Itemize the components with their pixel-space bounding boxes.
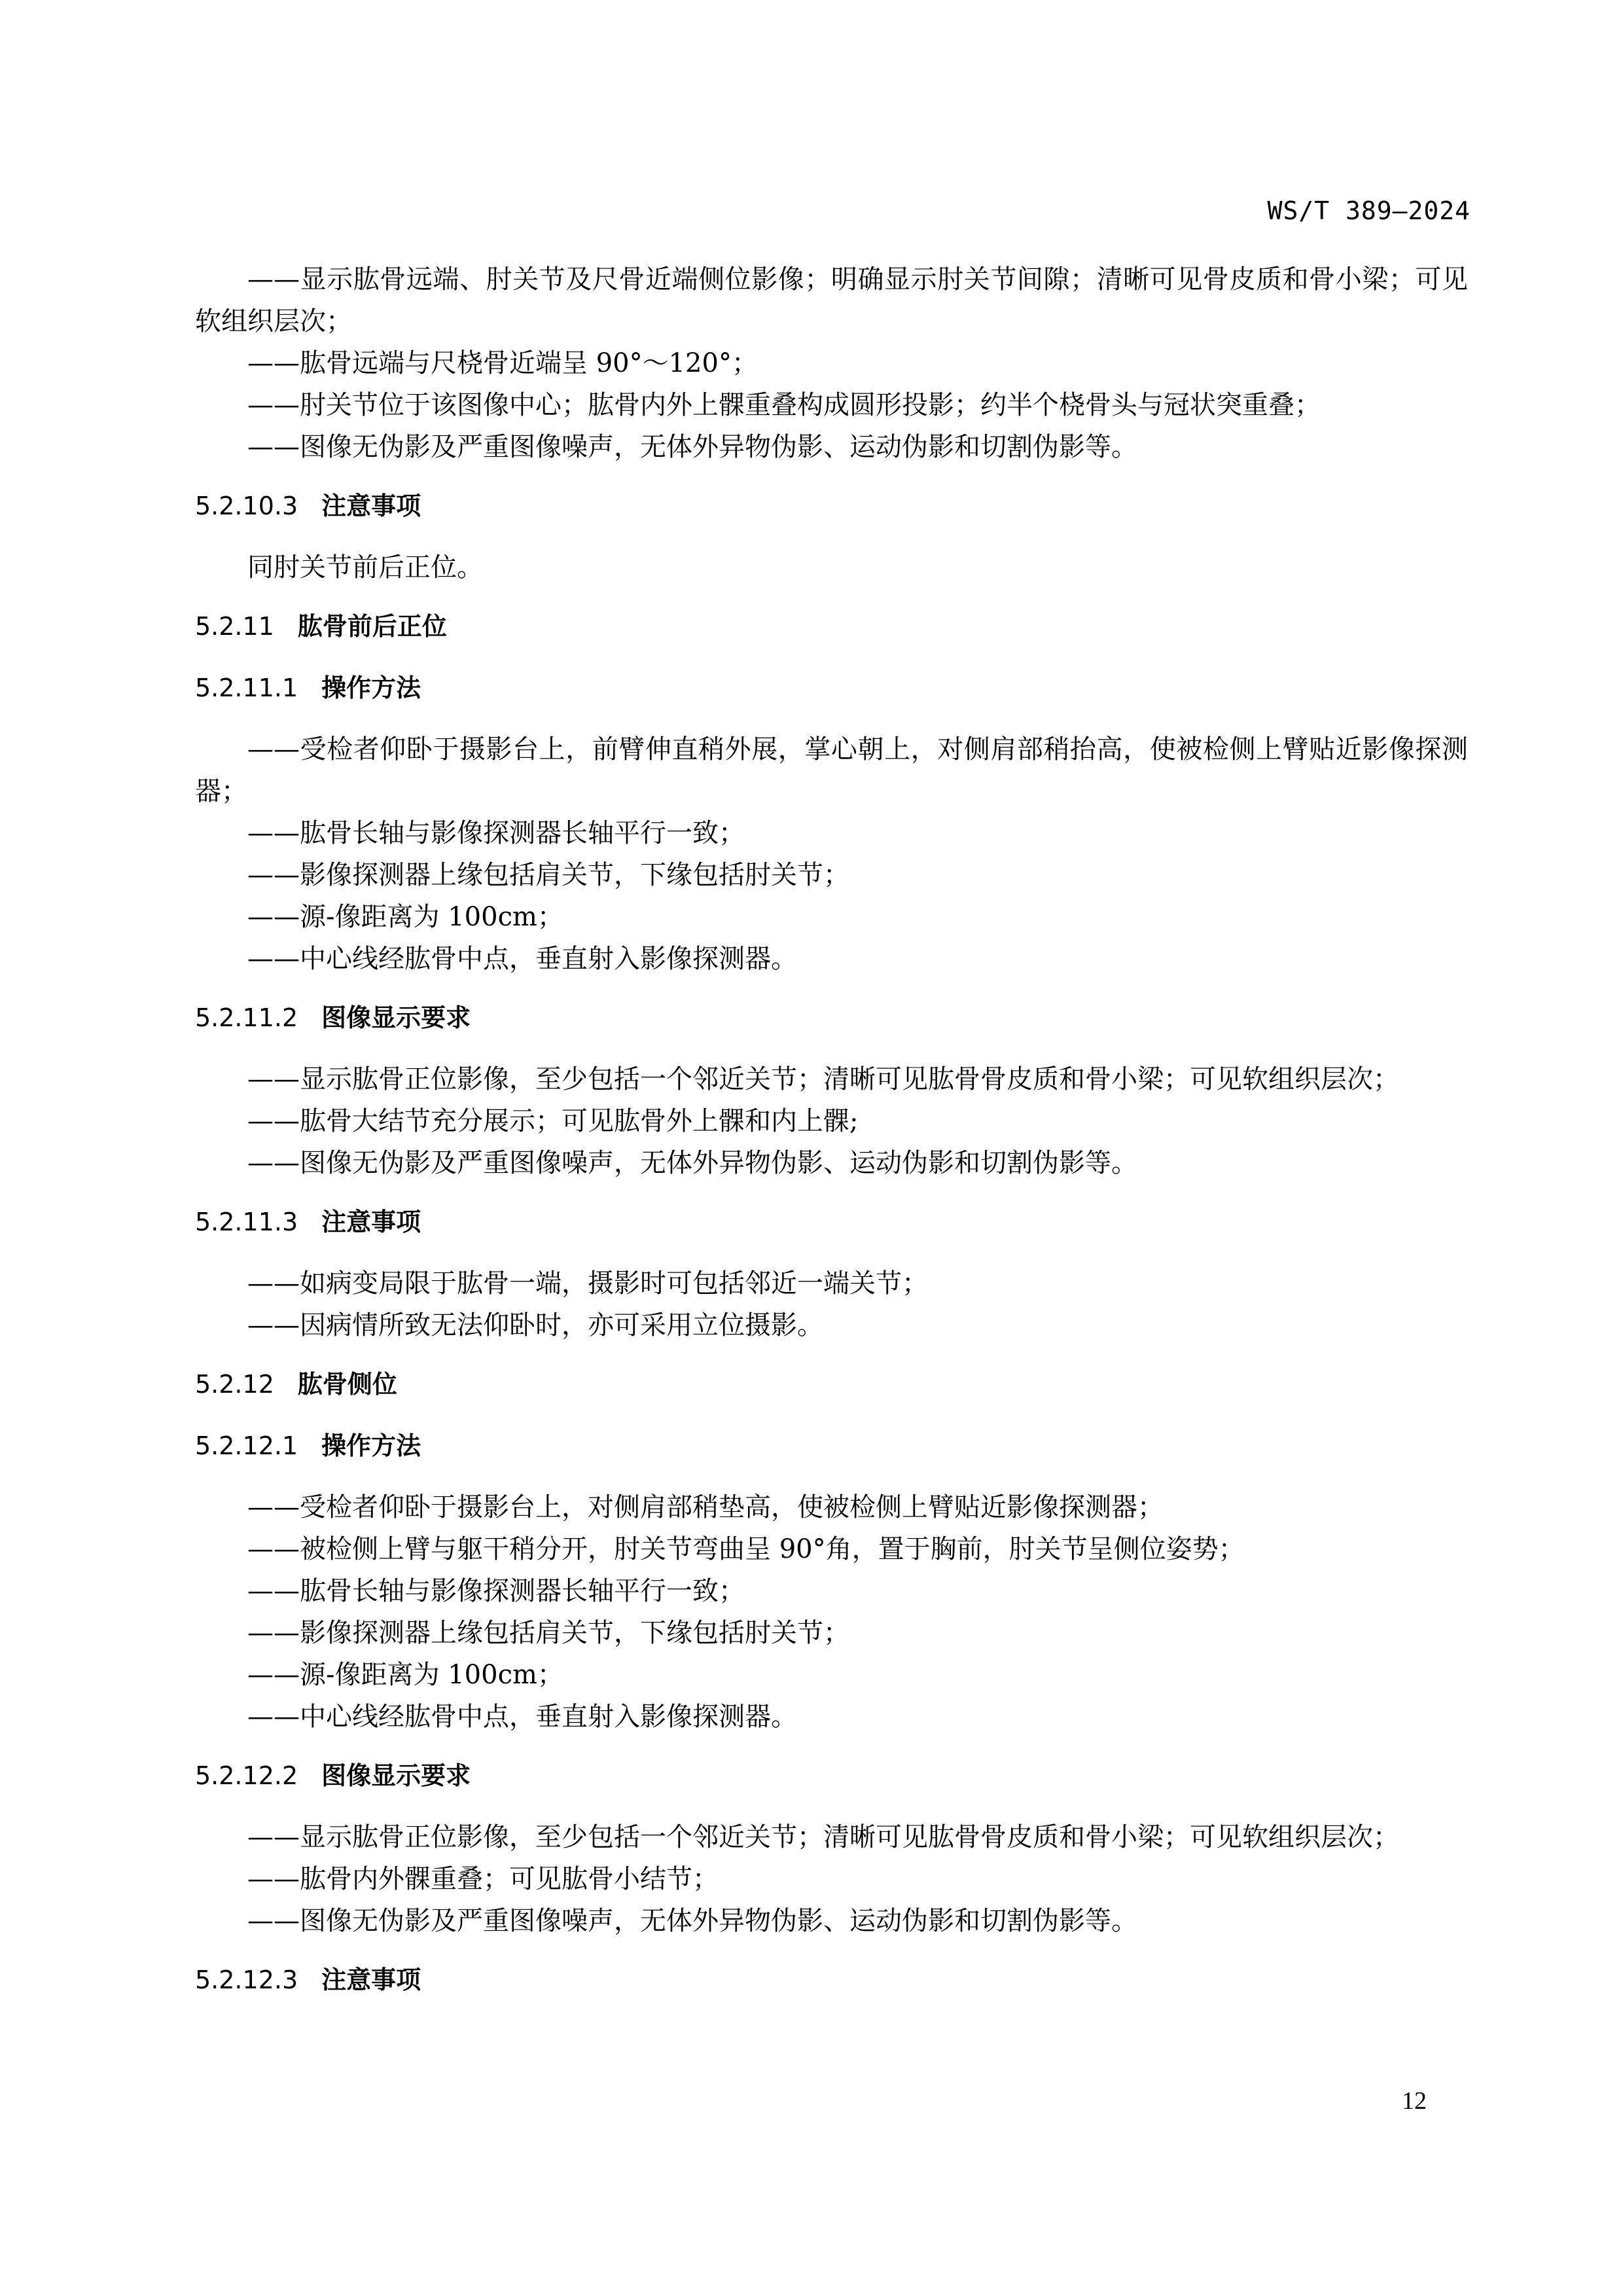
image-requirements-list-5-2-12-2: ——显示肱骨正位影像，至少包括一个邻近关节；清晰可见肱骨骨皮质和骨小梁；可见软组… xyxy=(195,1816,1468,1942)
list-item: ——源-像距离为 100cm； xyxy=(195,1654,1468,1696)
list-item: ——显示肱骨正位影像，至少包括一个邻近关节；清晰可见肱骨骨皮质和骨小梁；可见软组… xyxy=(195,1816,1468,1858)
list-item: ——图像无伪影及严重图像噪声，无体外异物伪影、运动伪影和切割伪影等。 xyxy=(195,1142,1468,1184)
section-number: 5.2.12.1 xyxy=(195,1425,298,1467)
section-number: 5.2.11.3 xyxy=(195,1201,298,1243)
standard-code-header: WS/T 389—2024 xyxy=(1268,196,1471,225)
notes-list-5-2-11-3: ——如病变局限于肱骨一端，摄影时可包括邻近一端关节； ——因病情所致无法仰卧时，… xyxy=(195,1263,1468,1346)
list-item: ——显示肱骨正位影像，至少包括一个邻近关节；清晰可见肱骨骨皮质和骨小梁；可见软组… xyxy=(195,1058,1468,1100)
list-item: ——中心线经肱骨中点，垂直射入影像探测器。 xyxy=(195,1696,1468,1738)
list-item: ——图像无伪影及严重图像噪声，无体外异物伪影、运动伪影和切割伪影等。 xyxy=(195,426,1468,468)
section-number: 5.2.11 xyxy=(195,605,274,647)
list-item: ——影像探测器上缘包括肩关节，下缘包括肘关节； xyxy=(195,854,1468,896)
list-item: ——肱骨长轴与影像探测器长轴平行一致； xyxy=(195,1570,1468,1612)
list-item: ——图像无伪影及严重图像噪声，无体外异物伪影、运动伪影和切割伪影等。 xyxy=(195,1900,1468,1942)
list-item: ——影像探测器上缘包括肩关节，下缘包括肘关节； xyxy=(195,1612,1468,1654)
page-number: 12 xyxy=(1402,2087,1427,2115)
section-title: 注意事项 xyxy=(321,492,421,520)
section-title: 操作方法 xyxy=(321,673,421,702)
operation-method-list-5-2-12-1: ——受检者仰卧于摄影台上，对侧肩部稍垫高，使被检侧上臂贴近影像探测器； ——被检… xyxy=(195,1486,1468,1738)
section-heading-5-2-11-1: 5.2.11.1操作方法 xyxy=(195,667,1468,709)
list-item: ——肱骨内外髁重叠；可见肱骨小结节； xyxy=(195,1858,1468,1900)
section-title: 图像显示要求 xyxy=(321,1761,471,1790)
section-heading-5-2-12: 5.2.12肱骨侧位 xyxy=(195,1363,1468,1405)
section-number: 5.2.10.3 xyxy=(195,485,298,527)
section-heading-5-2-12-2: 5.2.12.2图像显示要求 xyxy=(195,1755,1468,1797)
section-title: 操作方法 xyxy=(321,1431,421,1460)
section-heading-5-2-10-3: 5.2.10.3注意事项 xyxy=(195,485,1468,527)
list-item: ——肱骨大结节充分展示；可见肱骨外上髁和内上髁; xyxy=(195,1100,1468,1142)
section-heading-5-2-11-2: 5.2.11.2图像显示要求 xyxy=(195,997,1468,1039)
section-number: 5.2.12.3 xyxy=(195,1959,298,2001)
section-number: 5.2.12.2 xyxy=(195,1755,298,1797)
section-number: 5.2.11.2 xyxy=(195,997,298,1039)
list-item: ——中心线经肱骨中点，垂直射入影像探测器。 xyxy=(195,938,1468,980)
list-item: ——被检侧上臂与躯干稍分开，肘关节弯曲呈 90°角，置于胸前，肘关节呈侧位姿势； xyxy=(195,1528,1468,1570)
section-number: 5.2.11.1 xyxy=(195,667,298,709)
list-item: ——肱骨远端与尺桡骨近端呈 90°～120°； xyxy=(195,342,1468,384)
image-requirements-list-5-2-10-2: ——显示肱骨远端、肘关节及尺骨近端侧位影像；明确显示肘关节间隙；清晰可见骨皮质和… xyxy=(195,259,1468,468)
section-title: 注意事项 xyxy=(321,1965,421,1994)
section-heading-5-2-11-3: 5.2.11.3注意事项 xyxy=(195,1201,1468,1243)
section-heading-5-2-12-1: 5.2.12.1操作方法 xyxy=(195,1425,1468,1467)
section-heading-5-2-11: 5.2.11肱骨前后正位 xyxy=(195,605,1468,647)
image-requirements-list-5-2-11-2: ——显示肱骨正位影像，至少包括一个邻近关节；清晰可见肱骨骨皮质和骨小梁；可见软组… xyxy=(195,1058,1468,1184)
operation-method-list-5-2-11-1: ——受检者仰卧于摄影台上，前臂伸直稍外展，掌心朝上，对侧肩部稍抬高，使被检侧上臂… xyxy=(195,728,1468,980)
list-item: ——受检者仰卧于摄影台上，对侧肩部稍垫高，使被检侧上臂贴近影像探测器； xyxy=(195,1486,1468,1528)
section-title: 图像显示要求 xyxy=(321,1003,471,1032)
list-item: ——显示肱骨远端、肘关节及尺骨近端侧位影像；明确显示肘关节间隙；清晰可见骨皮质和… xyxy=(195,259,1468,342)
list-item: ——肱骨长轴与影像探测器长轴平行一致； xyxy=(195,812,1468,854)
section-number: 5.2.12 xyxy=(195,1363,274,1405)
list-item: ——因病情所致无法仰卧时，亦可采用立位摄影。 xyxy=(195,1304,1468,1346)
section-heading-5-2-12-3: 5.2.12.3注意事项 xyxy=(195,1959,1468,2001)
paragraph: 同肘关节前后正位。 xyxy=(195,547,1468,588)
list-item: ——源-像距离为 100cm； xyxy=(195,896,1468,938)
list-item: ——受检者仰卧于摄影台上，前臂伸直稍外展，掌心朝上，对侧肩部稍抬高，使被检侧上臂… xyxy=(195,728,1468,812)
document-body: ——显示肱骨远端、肘关节及尺骨近端侧位影像；明确显示肘关节间隙；清晰可见骨皮质和… xyxy=(195,259,1468,2020)
section-title: 肱骨侧位 xyxy=(298,1370,397,1399)
list-item: ——肘关节位于该图像中心；肱骨内外上髁重叠构成圆形投影；约半个桡骨头与冠状突重叠… xyxy=(195,384,1468,426)
section-title: 肱骨前后正位 xyxy=(298,612,447,641)
list-item: ——如病变局限于肱骨一端，摄影时可包括邻近一端关节； xyxy=(195,1263,1468,1304)
section-title: 注意事项 xyxy=(321,1208,421,1236)
